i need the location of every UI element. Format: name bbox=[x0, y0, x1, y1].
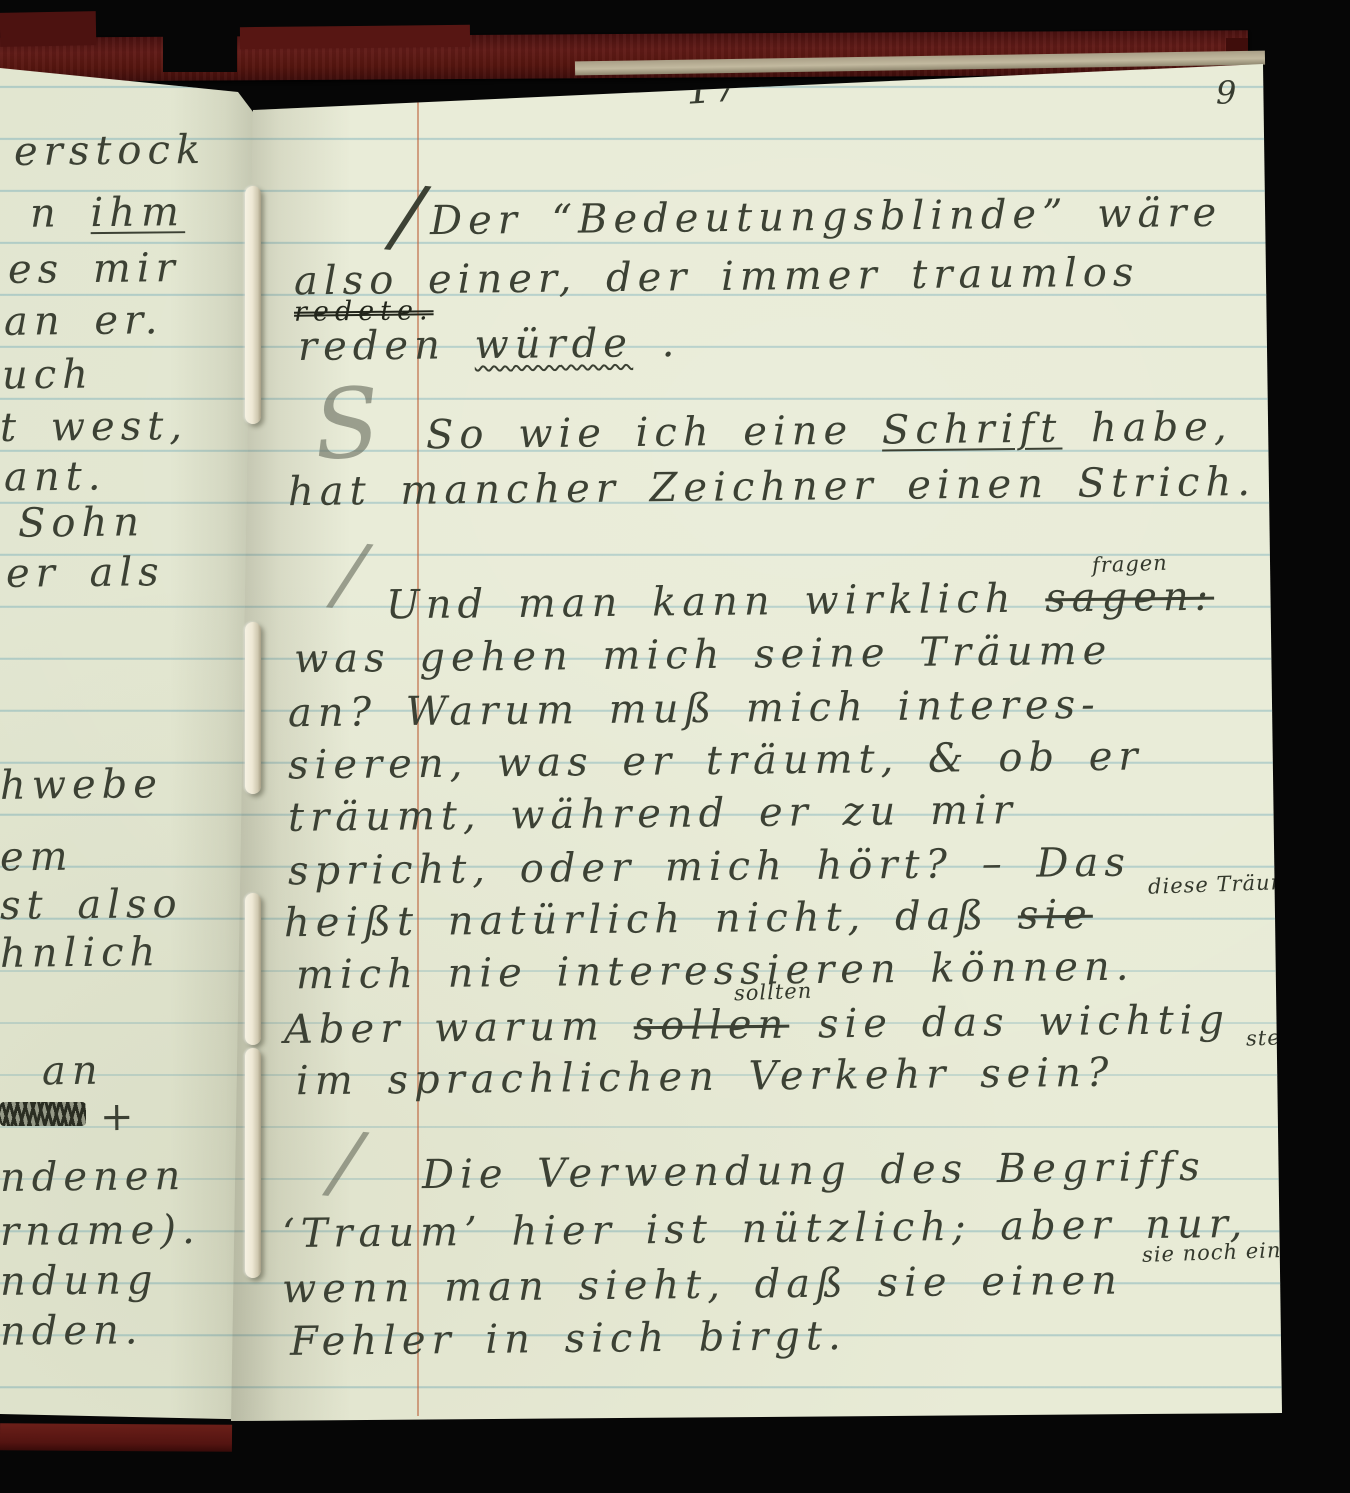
notebook-photo: { "document": { "kind": "handwritten man… bbox=[0, 0, 1350, 1493]
line-segment: . bbox=[633, 320, 681, 366]
manuscript-line: reden würde . bbox=[298, 320, 681, 370]
line-segment: heißt natürlich nicht, daß bbox=[284, 893, 1018, 947]
manuscript-line: heißt natürlich nicht, daß sie bbox=[284, 892, 1093, 946]
manuscript-line: Die Verwendung des Begriffs bbox=[422, 1144, 1206, 1198]
cover-gap bbox=[163, 20, 237, 72]
manuscript-line: Und man kann wirklich sagen: bbox=[386, 574, 1215, 629]
manuscript-line: nden. bbox=[0, 1307, 144, 1355]
line-segment: Aber warum bbox=[284, 1003, 634, 1053]
page-number: 9 bbox=[1216, 74, 1238, 112]
manuscript-line: So wie ich eine Schrift habe, bbox=[426, 404, 1233, 458]
binding-stitch bbox=[245, 1048, 261, 1278]
manuscript-line: Sohn bbox=[18, 499, 145, 546]
manuscript-line: sieren, was er träumt, & ob er bbox=[288, 734, 1144, 789]
manuscript-line: erstock bbox=[14, 127, 207, 175]
manuscript-line: im sprachlichen Verkehr sein? bbox=[296, 1050, 1115, 1105]
line-segment: So wie ich eine bbox=[426, 407, 882, 458]
binding-stitch bbox=[245, 622, 261, 794]
manuscript-line: t west, bbox=[0, 403, 188, 451]
scribbled-word bbox=[0, 1102, 86, 1126]
manuscript-line: n ihm bbox=[30, 189, 185, 237]
manuscript-line: an er. bbox=[4, 297, 164, 345]
manuscript-line: hnlich bbox=[0, 929, 162, 977]
line-segment: Und man kann wirklich bbox=[386, 575, 1046, 628]
book-cover-corner bbox=[0, 11, 96, 47]
manuscript-line: an? Warum muß mich interes- bbox=[288, 682, 1101, 737]
binding-stitch bbox=[245, 186, 261, 424]
manuscript-line: es mir bbox=[8, 245, 181, 293]
line-segment: sie das wichtig bbox=[789, 997, 1230, 1048]
line-segment: reden bbox=[298, 322, 475, 370]
manuscript-line: träumt, während er zu mir bbox=[288, 787, 1018, 841]
manuscript-line: wenn man sieht, daß sie einen bbox=[282, 1258, 1123, 1313]
underlined-word: Schrift bbox=[882, 406, 1063, 454]
manuscript-line: st also bbox=[0, 881, 183, 929]
manuscript-line: mich nie interessieren können. bbox=[296, 944, 1135, 999]
manuscript-line: Der “Bedeutungsblinde” wäre bbox=[430, 190, 1223, 244]
manuscript-line: rname). bbox=[0, 1207, 201, 1255]
binding-stitch bbox=[245, 893, 261, 1045]
manuscript-line: hwebe bbox=[0, 761, 163, 809]
wavy-underlined-word: würde bbox=[474, 320, 633, 368]
struck-word: sollen bbox=[633, 1002, 789, 1050]
manuscript-line: ndung bbox=[0, 1257, 159, 1305]
book-cover-edge-segment bbox=[240, 25, 470, 49]
manuscript-line: uch bbox=[2, 352, 94, 399]
manuscript-line: ndenen bbox=[0, 1153, 186, 1201]
struck-word: sagen: bbox=[1045, 574, 1214, 622]
manuscript-line: an bbox=[42, 1048, 104, 1095]
interline-insert: sie noch einen bbox=[1142, 1237, 1310, 1267]
manuscript-line: + bbox=[100, 1094, 140, 1140]
manuscript-line: spricht, oder mich hört? – Das bbox=[288, 840, 1131, 895]
struck-word: sie bbox=[1018, 892, 1093, 939]
manuscript-line: Fehler in sich birgt. bbox=[290, 1313, 847, 1365]
manuscript-line: er als bbox=[6, 549, 165, 597]
underlined-word: ihm bbox=[90, 189, 185, 236]
line-segment: habe, bbox=[1062, 404, 1233, 452]
paragraph-mark: S bbox=[311, 374, 383, 474]
manuscript-line: was gehen mich seine Träume bbox=[294, 628, 1113, 683]
line-segment: n bbox=[30, 190, 91, 237]
manuscript-line: ant. bbox=[4, 453, 107, 500]
interline-insert: ste bbox=[1246, 1025, 1281, 1050]
manuscript-line: em bbox=[0, 834, 74, 881]
interline-insert: diese Träume bbox=[1148, 869, 1306, 898]
book-cover-bottom-edge bbox=[0, 1423, 232, 1452]
